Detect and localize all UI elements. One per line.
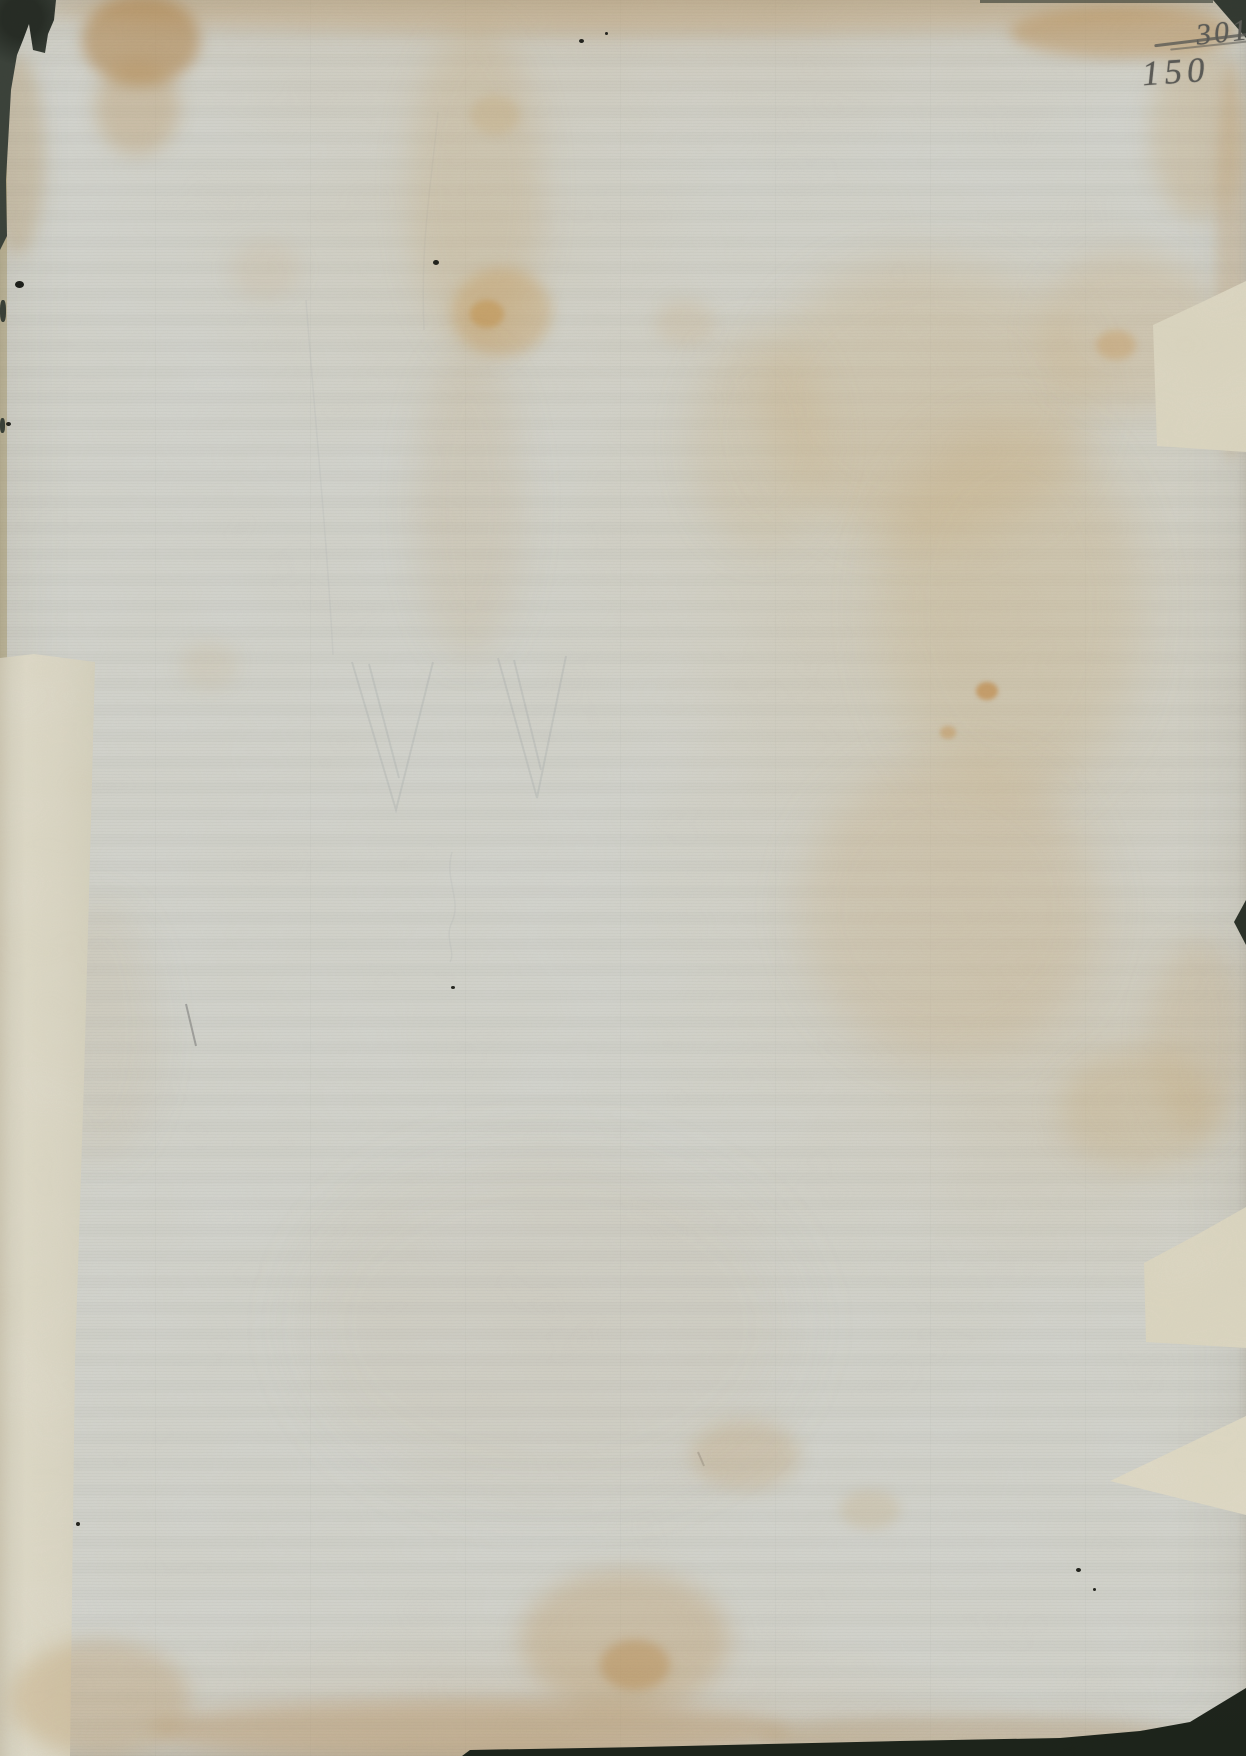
pencil-annotation: 301 150	[1124, 14, 1246, 114]
ink-speck	[76, 1522, 80, 1526]
ink-speck	[15, 281, 24, 288]
ink-speck	[451, 986, 455, 989]
ink-speck	[605, 32, 608, 35]
top-edge-dark-sliver	[980, 0, 1213, 3]
ink-speck	[1093, 1588, 1096, 1591]
ink-speck	[433, 260, 439, 265]
ink-speck	[579, 39, 584, 43]
page-number: 150	[1141, 50, 1211, 95]
left-edge-dark-notch-2	[0, 418, 5, 433]
scanned-page-canvas: 301 150	[0, 0, 1246, 1756]
ink-speck	[1076, 1568, 1081, 1572]
ink-speck	[6, 422, 11, 426]
left-edge-dark-notch-1	[0, 300, 6, 322]
paper-sheet	[0, 0, 1246, 1756]
